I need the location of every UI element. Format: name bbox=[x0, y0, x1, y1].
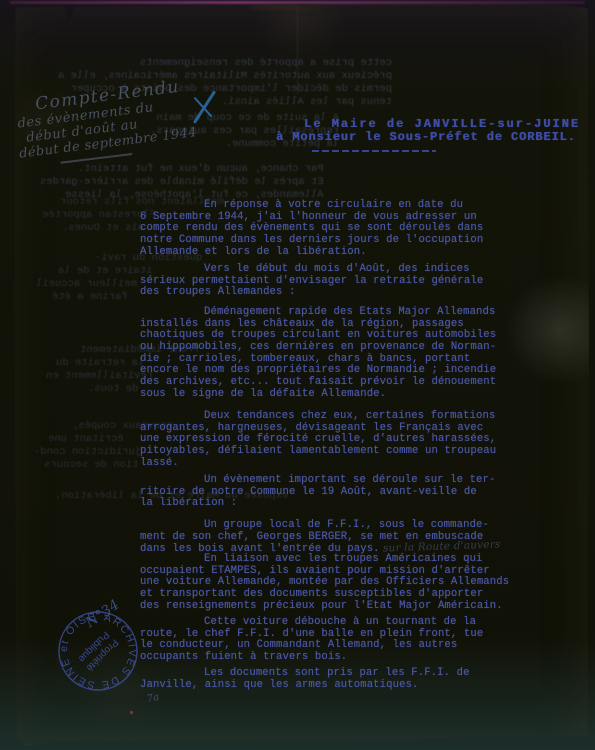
typed-line: pitoyables, défilaient lamentablement co… bbox=[140, 445, 592, 457]
typed-line: des renseignements précieux pour l'Etat … bbox=[140, 600, 592, 612]
scan-edge-artifact bbox=[10, 1, 585, 4]
typed-line: installés dans les châteaux de la région… bbox=[140, 318, 592, 330]
typed-line: notre Commune dans les derniers jours de… bbox=[140, 234, 592, 246]
paragraph: En réponse à votre circulaire en date du… bbox=[140, 199, 592, 257]
typed-line: occupants fuient à travers bois. bbox=[140, 651, 592, 663]
scanned-document-photo: cette prise a apporté des renseignements… bbox=[0, 0, 595, 750]
typed-line: Janville, ainsi que les armes automatiqu… bbox=[140, 679, 592, 691]
typed-line: des troupes Allemandes : bbox=[140, 286, 592, 298]
typed-line: encore le nom des propriétaires de Norma… bbox=[140, 364, 592, 376]
typed-line: 6 Septembre 1944, j'ai l'honneur de vous… bbox=[140, 211, 592, 223]
typed-line: compte rendu des évènements qui se sont … bbox=[140, 222, 592, 234]
red-speck bbox=[130, 711, 133, 714]
typed-line: Deux tendances chez eux, certaines forma… bbox=[140, 410, 592, 422]
typed-line: une voiture Allemande, montée par des Of… bbox=[140, 576, 592, 588]
typed-line: le conducteur, un Commandant Allemand, l… bbox=[140, 639, 592, 651]
typed-line: des archives, etc... tout faisait prévoi… bbox=[140, 376, 592, 388]
typed-line: ritoire de notre Commune le 19 Août, ava… bbox=[140, 486, 592, 498]
typed-line: ment de son chef, Georges BERGER, se met… bbox=[140, 531, 592, 543]
paragraph: Les documents sont pris par les F.F.I. d… bbox=[140, 667, 592, 690]
typed-line: sérieux permettaient d'envisager la retr… bbox=[140, 275, 592, 287]
paragraph: Déménagement rapide des Etats Major Alle… bbox=[140, 306, 592, 400]
typed-line: En réponse à votre circulaire en date du bbox=[140, 199, 592, 211]
typed-line: Allemande et lors de la libération. bbox=[140, 246, 592, 258]
typed-line: En liaison avec les troupes Américaines … bbox=[140, 553, 592, 565]
typed-line: chaotiques de troupes circulant en voitu… bbox=[140, 329, 592, 341]
typed-line: Les documents sont pris par les F.F.I. d… bbox=[140, 667, 592, 679]
typed-line: lassé. bbox=[140, 457, 592, 469]
paragraph: Cette voiture débouche à un tournant de … bbox=[140, 616, 592, 663]
typed-line: Déménagement rapide des Etats Major Alle… bbox=[140, 306, 592, 318]
typed-line: route, le chef F.F.I. d'une balle en ple… bbox=[140, 628, 592, 640]
typed-line: Un évènement important se déroule sur le… bbox=[140, 474, 592, 486]
typed-line: et transportant des documents susceptibl… bbox=[140, 588, 592, 600]
paragraph: En liaison avec les troupes Américaines … bbox=[140, 553, 592, 611]
paragraph: Un évènement important se déroule sur le… bbox=[140, 474, 592, 509]
typed-line: sous le signe de la défaite Allemande. bbox=[140, 388, 592, 400]
paragraph: Deux tendances chez eux, certaines forma… bbox=[140, 410, 592, 468]
typed-line: arrogantes, hargneuses, dévisageant les … bbox=[140, 422, 592, 434]
typed-line: occupaient ETAMPES, ils avaient pour mis… bbox=[140, 565, 592, 577]
paragraph: Vers le début du mois d'Août, des indice… bbox=[140, 263, 592, 298]
document-paper: cette prise a apporté des renseignements… bbox=[0, 0, 595, 750]
typed-line: la libération : bbox=[140, 497, 592, 509]
typed-line: ou hippomobiles, ces dernières en proven… bbox=[140, 341, 592, 353]
typed-line: Cette voiture débouche à un tournant de … bbox=[140, 616, 592, 628]
typed-line: die ; carrioles, tombereaux, chars à ban… bbox=[140, 353, 592, 365]
typed-line: Vers le début du mois d'Août, des indice… bbox=[140, 263, 592, 275]
paragraph: Un groupe local de F.F.I., sous le comma… bbox=[140, 519, 592, 554]
typed-line: Un groupe local de F.F.I., sous le comma… bbox=[140, 519, 592, 531]
typed-line: une expression de férocité cruelle, d'au… bbox=[140, 433, 592, 445]
